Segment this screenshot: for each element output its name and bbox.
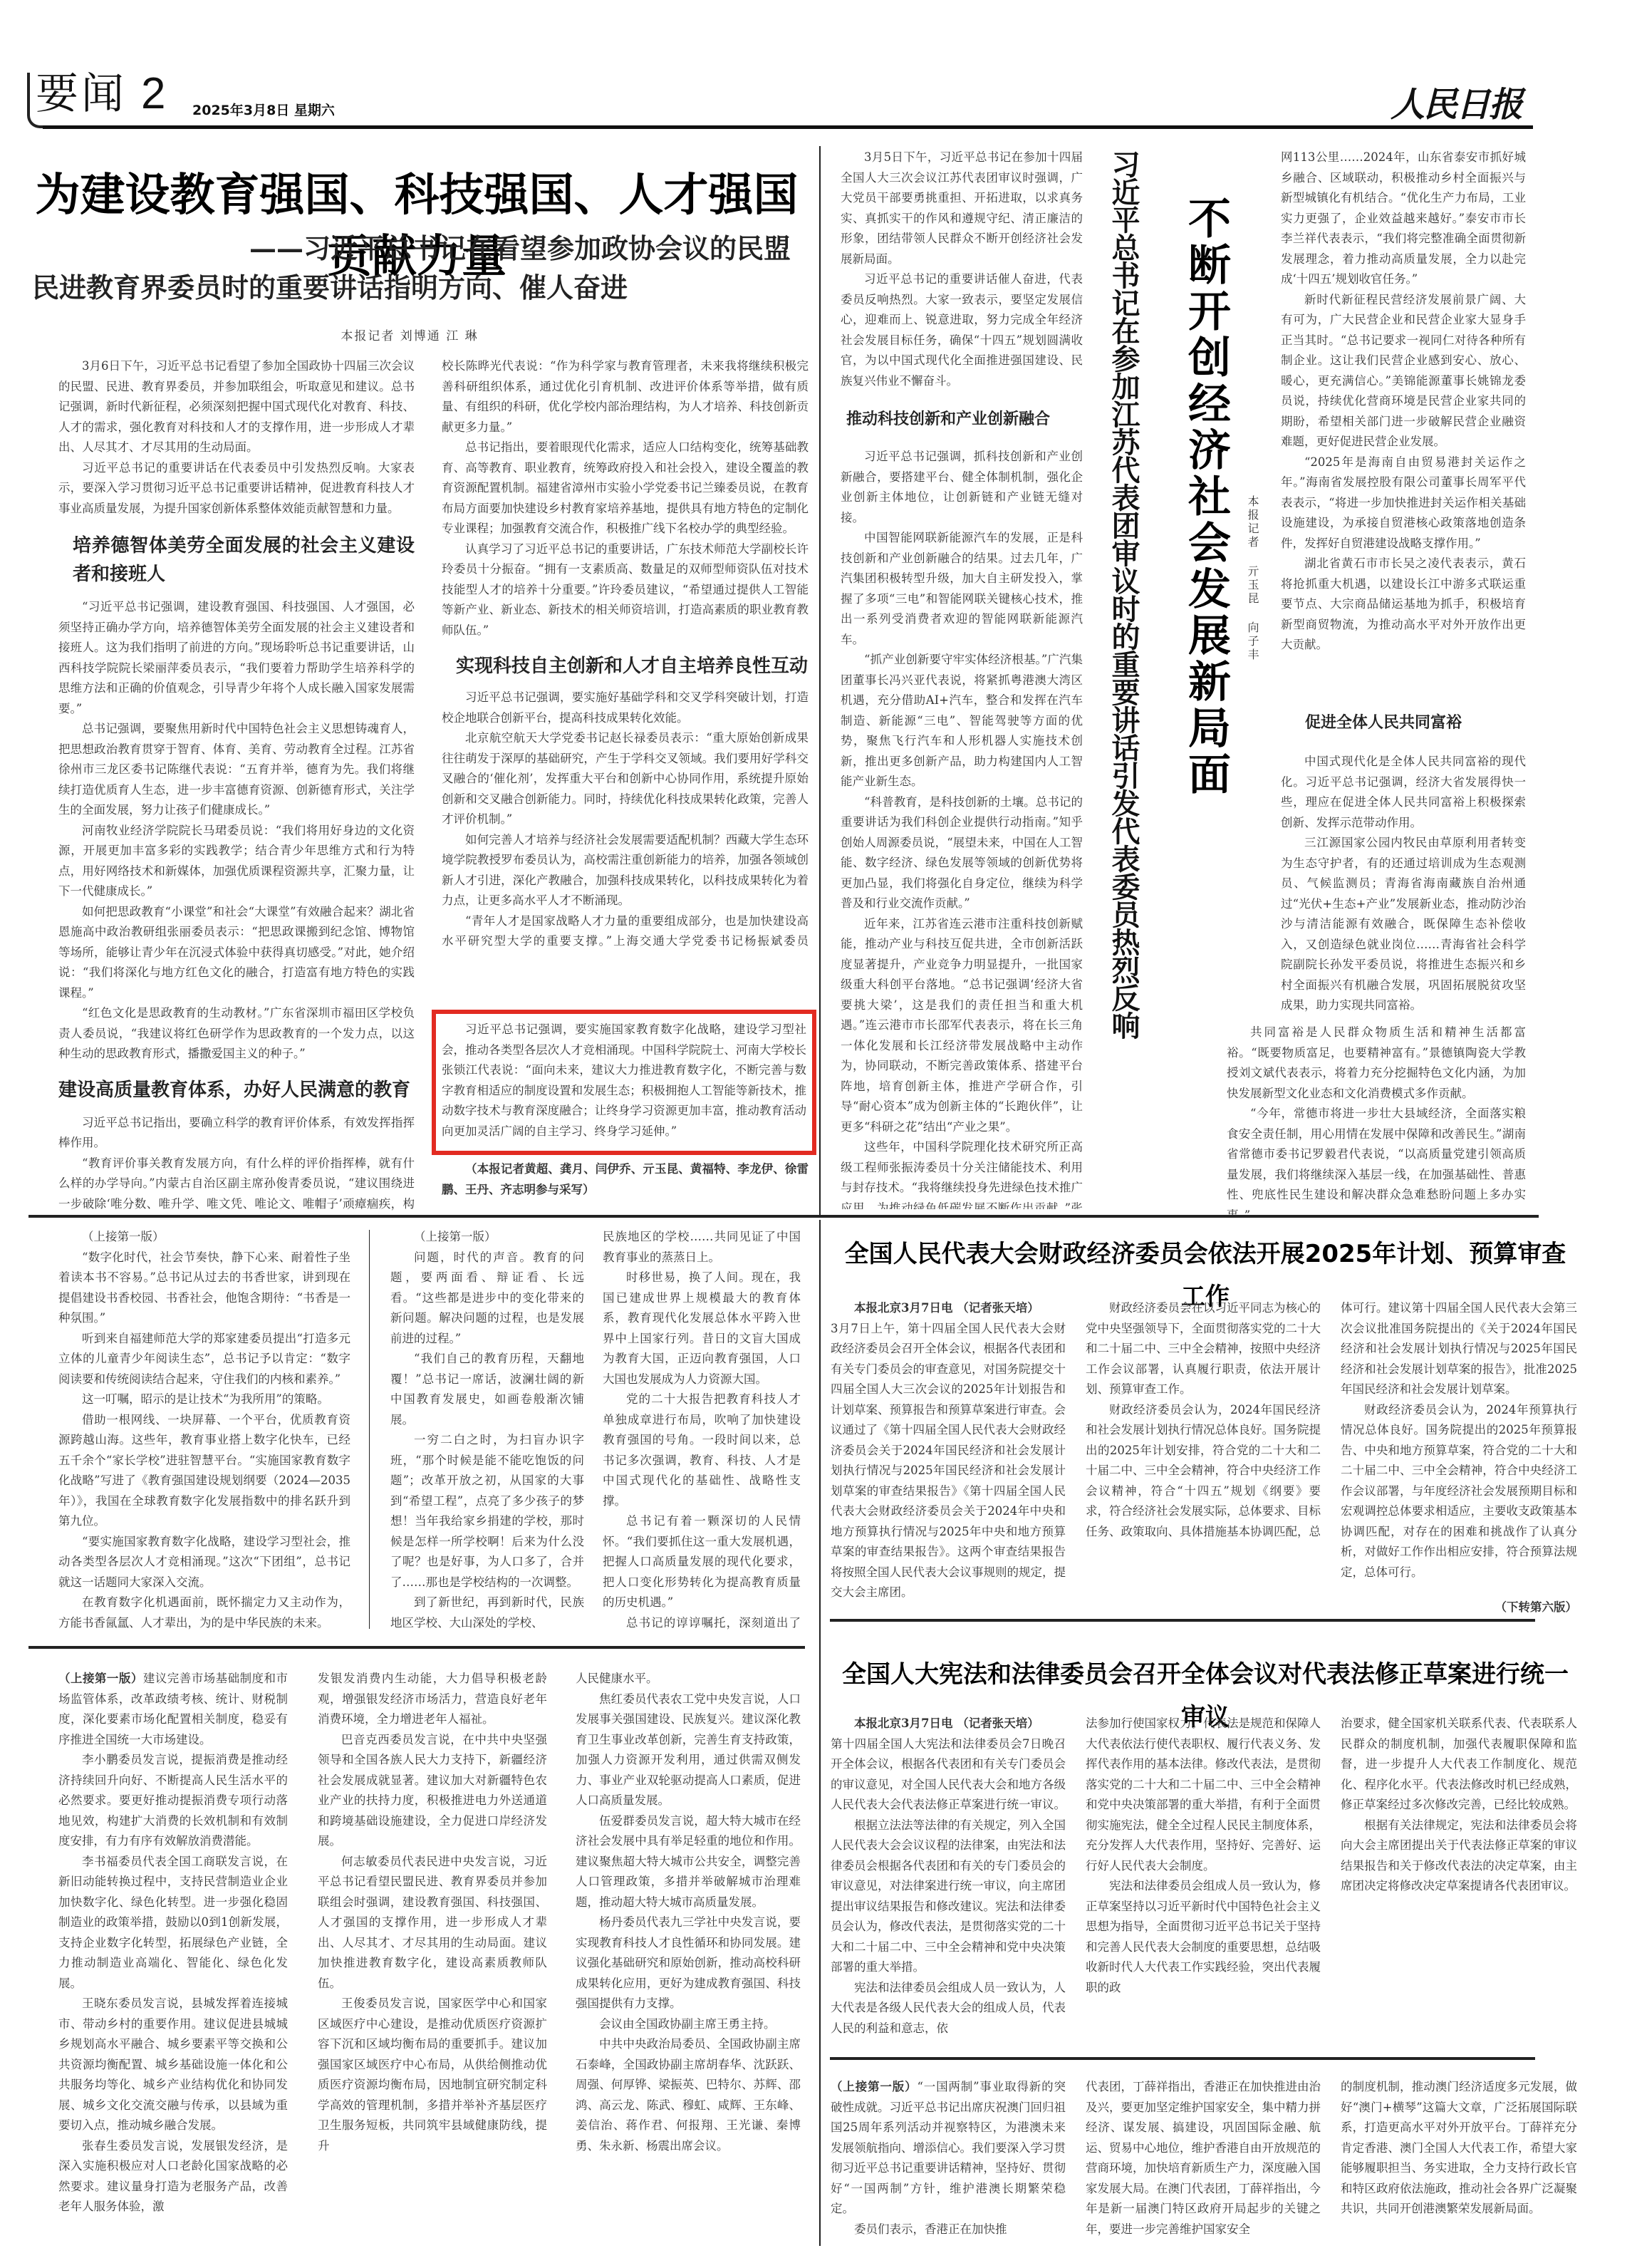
paragraph: 委员们表示，香港正在加快推 bbox=[831, 2220, 1066, 2240]
section-rule bbox=[830, 2057, 1535, 2060]
continued-from-label: （上接第一版） bbox=[58, 1672, 143, 1685]
cppcc-continued-article: （上接第一版）建议完善市场基础制度和市场监管体系，改革政绩考核、统计、财税制度，… bbox=[0, 1660, 819, 2244]
hk-macao-column-2: 代表团，丁薛祥指出，香港正在加快推进由治及兴，要更加坚定维护国家安全，集中精力拼… bbox=[1086, 2077, 1321, 2244]
feature-article-vertical-subtitle: 习近平总书记在参加江苏代表团审议时的重要讲话引发代表委员热烈反响 bbox=[1104, 150, 1143, 1090]
lead-article-column-2: 校长陈晔光代表说：“作为科学家与教育管理者，未来我将继续积极完善科研组织体系，通… bbox=[442, 356, 809, 948]
npc-law-column-1: 本报北京3月7日电 （记者张天培） 第十四届全国人大宪法和法律委员会7日晚召开全… bbox=[831, 1714, 1066, 2034]
feature-article: 3月5日下午，习近平总书记在参加十四届全国人大三次会议江苏代表团审议时强调，广大… bbox=[821, 139, 1632, 1215]
paragraph: （上接第一版）“一国两制”事业取得新的突破性成就。习近平总书记出席庆祝澳门回归祖… bbox=[831, 2077, 1066, 2220]
paragraph: 中共中央政治局委员、全国政协副主席石泰峰，全国政协副主席胡春华、沈跃跃、周强、何… bbox=[576, 2034, 801, 2156]
paragraph: 一穷二白之时，为扫盲办识字班，“那个时候是能不能吃饱饭的问题”；改革开放之初，从… bbox=[390, 1430, 584, 1593]
lead-article-subtitle-2: 民进教育界委员时的重要讲话指明方向、催人奋进 bbox=[32, 271, 787, 305]
paragraph: 认真学习了习近平总书记的重要讲话，广东技术师范大学副校长许玲委员十分振奋。“拥有… bbox=[442, 539, 809, 641]
paragraph: “习近平总书记强调，建设教育强国、科技强国、人才强国，必须坚持正确办学方向，培养… bbox=[58, 597, 415, 719]
paragraph: 王晓东委员发言说，县城发挥着连接城市、带动乡村的重要作用。建议促进县城城乡规划高… bbox=[58, 1994, 288, 2136]
paragraph: 问题，时代的声音。教育的问题，要两面看、辩证看、长远看。“这些都是进步中的变化带… bbox=[390, 1248, 584, 1350]
paragraph: 习近平总书记的重要讲话在代表委员中引发热烈反响。大家表示，要深入学习贯彻习近平总… bbox=[58, 458, 415, 519]
lead-article-subtitle-1: ——习近平总书记在看望参加政协会议的民盟 bbox=[64, 232, 791, 266]
section-heading: 建设高质量教育体系，办好人民满意的教育 bbox=[58, 1076, 415, 1104]
masthead: 要闻 2 2025年3月8日 星期六 人民日报 bbox=[27, 70, 1559, 130]
hk-macao-column-3: 的制度机制，推动澳门经济适度多元发展，做好“澳门+横琴”这篇大文章，广泛拓展国际… bbox=[1341, 2077, 1577, 2244]
paragraph: 如何把思政教育“小课堂”和社会“大课堂”有效融合起来？湖北省恩施高中政治教研组张… bbox=[58, 902, 415, 1004]
continued-column-3: 民族地区的学校……共同见证了中国教育事业的蒸蒸日上。 时移世易，换了人间。现在，… bbox=[603, 1227, 801, 1633]
paragraph: 习近平总书记的重要讲话催人奋进，代表委员反响热烈。大家一致表示，要坚定发展信心，… bbox=[841, 269, 1083, 391]
paragraph: 杨丹委员代表九三学社中央发言说，要实现教育科技人才良性循环和协同发展。建议强化基… bbox=[576, 1912, 801, 2014]
paragraph: 根据有关法律规定，宪法和法律委员会将向大会主席团提出关于代表法修正草案的审议结果… bbox=[1341, 1816, 1577, 1897]
paragraph: 治要求，健全国家机关联系代表、代表联系人民群众的制度机制，加强代表履职保障和监督… bbox=[1341, 1714, 1577, 1816]
continued-education-article: （上接第一版） “数字化时代，社会节奏快，静下心来、耐着性子坐着读本书不容易。”… bbox=[0, 1220, 819, 1640]
paper-logo: 人民日报 bbox=[1391, 77, 1522, 126]
paragraph: 新时代新征程民营经济发展前景广阔、大有可为，广大民营企业和民营企业家大显身手正当… bbox=[1281, 290, 1526, 452]
paragraph-text: “一国两制”事业取得新的突破性成就。习近平总书记出席庆祝澳门回归祖国25周年系列… bbox=[831, 2080, 1066, 2215]
paragraph: “科普教育，是科技创新的土壤。总书记的重要讲话为我们科创企业提供行动指南。”知乎… bbox=[841, 792, 1083, 914]
page-number: 2 bbox=[141, 70, 165, 118]
section-heading: 培养德智体美劳全面发展的社会主义建设者和接班人 bbox=[73, 532, 415, 589]
paragraph: 校长陈晔光代表说：“作为科学家与教育管理者，未来我将继续积极完善科研组织体系，通… bbox=[442, 356, 809, 437]
section-rule bbox=[830, 1619, 1535, 1622]
paragraph: “我们自己的教育历程，天翻地覆！”总书记一席话，波澜壮阔的新中国教育发展史，如画… bbox=[390, 1349, 584, 1430]
npc-finance-article: 全国人民代表大会财政经济委员会依法开展2025年计划、预算审查工作 本报北京3月… bbox=[821, 1220, 1632, 1640]
paragraph: 宪法和法律委员会组成人员一致认为，修正草案坚持以习近平新时代中国特色社会主义思想… bbox=[1086, 1876, 1321, 1998]
section-rule bbox=[28, 1215, 1539, 1218]
continued-from-label: （上接第一版） bbox=[58, 1227, 350, 1248]
cppcc-column-2: 发银发消费内生动能，大力倡导积极老龄观，增强银发经济市场活力，营造良好老年消费环… bbox=[318, 1669, 547, 2232]
feature-article-column-2: 网113公里……2024年，山东省泰安市抓好城乡融合、区域联动，积极推动乡村全面… bbox=[1281, 147, 1526, 703]
paragraph: 3月5日下午，习近平总书记在参加十四届全国人大三次会议江苏代表团审议时强调，广大… bbox=[841, 147, 1083, 269]
paragraph: 总书记指出，要着眼现代化需求，适应人口结构变化，统筹基础教育、高等教育、职业教育… bbox=[442, 437, 809, 539]
paragraph: 法参加行使国家权力。代表法是规范和保障人大代表依法行使代表职权、履行代表义务、发… bbox=[1086, 1714, 1321, 1876]
issue-date: 2025年3月8日 星期六 bbox=[192, 100, 335, 119]
section-heading: 实现科技自主创新和人才自主培养良性互动 bbox=[456, 652, 809, 680]
npc-law-column-3: 治要求，健全国家机关联系代表、代表联系人民群众的制度机制，加强代表履职保障和监督… bbox=[1341, 1714, 1577, 2034]
highlighted-paragraph: 习近平总书记强调，要实施国家教育数字化战略，建设学习型社会，推动各类型各层次人才… bbox=[442, 1020, 806, 1148]
paragraph: “数字化时代，社会节奏快，静下心来、耐着性子坐着读本书不容易。”总书记从过去的书… bbox=[58, 1248, 350, 1329]
paragraph: “抓产业创新要守牢实体经济根基。”广汽集团董事长冯兴亚代表说，将紧抓粤港澳大湾区… bbox=[841, 650, 1083, 792]
continued-from-label: （上接第一版） bbox=[831, 2080, 917, 2093]
paragraph: 巴音克西委员发言说，在中共中央坚强领导和全国各族人民大力支持下，新疆经济社会发展… bbox=[318, 1730, 547, 1852]
paragraph: 网113公里……2024年，山东省泰安市抓好城乡融合、区域联动，积极推动乡村全面… bbox=[1281, 147, 1526, 290]
paragraph: 发银发消费内生动能，大力倡导积极老龄观，增强银发经济市场活力，营造良好老年消费环… bbox=[318, 1669, 547, 1730]
column-divider bbox=[369, 1230, 370, 1629]
paragraph: 民族地区的学校……共同见证了中国教育事业的蒸蒸日上。 bbox=[603, 1227, 801, 1268]
feature-article-column-1: 3月5日下午，习近平总书记在参加十四届全国人大三次会议江苏代表团审议时强调，广大… bbox=[841, 147, 1083, 1209]
paragraph: “要实施国家教育数字化战略，建设学习型社会，推动各类型各层次人才竞相涌现。”这次… bbox=[58, 1532, 350, 1593]
masthead-rule bbox=[43, 125, 1533, 129]
feature-article-column-2b: 中国式现代化是全体人民共同富裕的现代化。习近平总书记强调，经济大省发展得快一些，… bbox=[1281, 752, 1526, 1022]
section-rule bbox=[28, 1646, 805, 1649]
paragraph: “青年人才是国家战略人才力量的重要组成部分，也是加快建设高水平研究型大学的重要支… bbox=[442, 911, 809, 948]
lead-article-byline: 本报记者 刘博通 江 琳 bbox=[0, 326, 819, 343]
paragraph: 中国智能网联新能源汽车的发展，正是科技创新和产业创新融合的结果。过去几年，广汽集… bbox=[841, 528, 1083, 650]
paragraph: 习近平总书记强调，抓科技创新和产业创新融合，要搭建平台、健全体制机制，强化企业创… bbox=[841, 447, 1083, 528]
feature-article-column-2c: 共同富裕是人民群众物质生活和精神生活都富裕。“既要物质富足，也要精神富有。”景德… bbox=[1227, 1022, 1526, 1215]
cppcc-column-1: （上接第一版）建议完善市场基础制度和市场监管体系，改革政绩考核、统计、财税制度，… bbox=[58, 1669, 288, 2232]
paragraph: 时移世易，换了人间。现在，我国已建成世界上规模最大的教育体系，教育现代化发展总体… bbox=[603, 1268, 801, 1389]
paragraph: “2025年是海南自由贸易港封关运作之年。”海南省发展控股有限公司董事长周军平代… bbox=[1281, 452, 1526, 554]
paragraph: 习近平总书记强调，要实施好基础学科和交叉学科突破计划，打造校企地联合创新平台，提… bbox=[442, 688, 809, 728]
paragraph: 张春生委员发言说，发展银发经济，是深入实施积极应对人口老龄化国家战略的必然要求。… bbox=[58, 2136, 288, 2217]
paragraph: 在教育数字化机遇面前，既怀揣定力又主动作为，方能书香氤氲、人才辈出，为的是中华民… bbox=[58, 1593, 350, 1633]
paragraph: 中国式现代化是全体人民共同富裕的现代化。习近平总书记强调，经济大省发展得快一些，… bbox=[1281, 752, 1526, 833]
feature-article-vertical-title: 不断开创经济社会发展新局面 bbox=[1181, 196, 1231, 1087]
section-heading: 推动科技创新和产业创新融合 bbox=[846, 405, 1083, 434]
paragraph: 共同富裕是人民群众物质生活和精神生活都富裕。“既要物质富足，也要精神富有。”景德… bbox=[1227, 1022, 1526, 1104]
npc-finance-column-2: 财政经济委员会在以习近平同志为核心的党中央坚强领导下，全面贯彻落实党的二十大和二… bbox=[1086, 1298, 1321, 1619]
paragraph: 李书福委员代表全国工商联发言说，在新旧动能转换过程中，支持民营制造业企业加快数字… bbox=[58, 1852, 288, 1994]
paragraph: 财政经济委员会认为，2024年预算执行情况总体良好。国务院提出的2025年预算报… bbox=[1341, 1400, 1577, 1583]
paragraph: 代表团，丁薛祥指出，香港正在加快推进由治及兴，要更加坚定维护国家安全，集中精力拼… bbox=[1086, 2077, 1321, 2239]
paragraph: 习近平总书记指出，要确立科学的教育评价体系，有效发挥指挥棒作用。 bbox=[58, 1113, 415, 1154]
paragraph: 第十四届全国人大宪法和法律委员会7日晚召开全体会议，根据各代表团和有关专门委员会… bbox=[831, 1734, 1066, 1816]
paragraph: 伍爱群委员发言说，超大特大城市在经济社会发展中具有举足轻重的地位和作用。建议聚焦… bbox=[576, 1811, 801, 1913]
npc-finance-column-3: 体可行。建议第十四届全国人民代表大会第三次会议批准国务院提出的《关于2024年国… bbox=[1341, 1298, 1577, 1598]
paragraph: 3月6日下午，习近平总书记看望了参加全国政协十四届三次会议的民盟、民进、教育界委… bbox=[58, 356, 415, 458]
feature-article-vertical-byline: 本报记者 亓玉昆 向子丰 bbox=[1244, 495, 1261, 723]
paragraph: 焦红委员代表农工党中央发言说，人口发展事关强国建设、民族复兴。建议深化教育卫生事… bbox=[576, 1689, 801, 1811]
dateline: 本报北京3月7日电 （记者张天培） bbox=[831, 1298, 1066, 1319]
paragraph: 三江源国家公园内牧民由草原利用者转变为生态守护者，有的还通过培训成为生态观测员、… bbox=[1281, 833, 1526, 1016]
paragraph: 人民健康水平。 bbox=[576, 1669, 801, 1689]
continued-column-2: （上接第一版） 问题，时代的声音。教育的问题，要两面看、辩证看、长远看。“这些都… bbox=[390, 1227, 584, 1633]
paragraph: 李小鹏委员发言说，提振消费是推动经济持续回升向好、不断提高人民生活水平的必然要求… bbox=[58, 1750, 288, 1852]
lead-article-title: 为建设教育强国、科技强国、人才强国贡献力量 bbox=[28, 165, 805, 287]
paragraph: 总书记有着一颗深切的人民情怀。“我们要抓住这一重大发展机遇，把握人口高质量发展的… bbox=[603, 1511, 801, 1613]
npc-finance-column-1: 本报北京3月7日电 （记者张天培） 3月7日上午，第十四届全国人民代表大会财政经… bbox=[831, 1298, 1066, 1619]
paragraph: 财政经济委员会在以习近平同志为核心的党中央坚强领导下，全面贯彻落实党的二十大和二… bbox=[1086, 1298, 1321, 1400]
paragraph: 何志敏委员代表民进中央发言说，习近平总书记看望民盟民进、教育界委员并参加联组会时… bbox=[318, 1852, 547, 1994]
paragraph: 湖北省黄石市市长吴之凌代表表示，黄石将抢抓重大机遇，以建设长江中游多式联运重要节… bbox=[1281, 554, 1526, 656]
paragraph: 习近平总书记强调，要实施国家教育数字化战略，建设学习型社会，推动各类型各层次人才… bbox=[442, 1020, 806, 1141]
paragraph: 如何完善人才培养与经济社会发展需要适配机制？西藏大学生态环境学院教授罗布委员认为… bbox=[442, 830, 809, 911]
paragraph: 借助一根网线、一块屏幕、一个平台，优质教育资源跨越山海。这些年，教育事业搭上数字… bbox=[58, 1410, 350, 1532]
section-name: 要闻 bbox=[36, 70, 127, 118]
continued-on-note: （下转第六版） bbox=[1341, 1598, 1577, 1618]
cppcc-column-3: 人民健康水平。 焦红委员代表农工党中央发言说，人口发展事关强国建设、民族复兴。建… bbox=[576, 1669, 801, 2232]
paragraph: 这些年，中国科学院理化技术研究所正高级工程师张振涛委员十分关注储能技术、利用与封… bbox=[841, 1137, 1083, 1209]
paragraph: 总书记的谆谆嘱托，深刻道出了新时代新征程上人民群众对教育的美好期盼。 bbox=[603, 1613, 801, 1634]
continued-column-1: （上接第一版） “数字化时代，社会节奏快，静下心来、耐着性子坐着读本书不容易。”… bbox=[58, 1227, 350, 1633]
npc-law-column-2: 法参加行使国家权力。代表法是规范和保障人大代表依法行使代表职权、履行代表义务、发… bbox=[1086, 1714, 1321, 2034]
paragraph: “教育评价事关教育发展方向，有什么样的评价指挥棒，就有什么样的办学导向。”内蒙古… bbox=[58, 1154, 415, 1212]
paragraph: 总书记强调，要聚焦用新时代中国特色社会主义思想铸魂育人，把思想政治教育贯穿于智育… bbox=[58, 719, 415, 821]
paragraph: （上接第一版）建议完善市场基础制度和市场监管体系，改革政绩考核、统计、财税制度，… bbox=[58, 1669, 288, 1750]
paragraph: “红色文化是思政教育的生动教材。”广东省深圳市福田区学校负责人委员说，“我建议将… bbox=[58, 1003, 415, 1065]
paragraph: 体可行。建议第十四届全国人民代表大会第三次会议批准国务院提出的《关于2024年国… bbox=[1341, 1298, 1577, 1400]
paragraph: 北京航空航天大学党委书记赵长禄委员表示：“重大原始创新成果往往萌发于深厚的基础研… bbox=[442, 728, 809, 830]
paragraph: 听到来自福建师范大学的郑家建委员提出“打造多元立体的儿童青少年阅读生态”，总书记… bbox=[58, 1329, 350, 1390]
contributors-note: （本报记者黄超、龚月、闫伊乔、亓玉昆、黄福特、李龙伊、徐雷鹏、王丹、齐志明参与采… bbox=[442, 1159, 809, 1200]
hk-macao-continued-article: （上接第一版）“一国两制”事业取得新的突破性成就。习近平总书记出席庆祝澳门回归祖… bbox=[821, 2063, 1632, 2248]
paragraph: 王俊委员发言说，国家医学中心和国家区域医疗中心建设，是推动优质医疗资源扩容下沉和… bbox=[318, 1994, 547, 2156]
paragraph: 近年来，江苏省连云港市注重科技创新赋能，推动产业与科技互促共进，全市创新活跃度显… bbox=[841, 914, 1083, 1138]
paragraph: 这一叮嘱，昭示的是让技术“为我所用”的策略。 bbox=[58, 1389, 350, 1410]
paragraph: “今年，常德市将进一步壮大县域经济，全面落实粮食安全责任制，用心用情在发展中保障… bbox=[1227, 1104, 1526, 1215]
section-heading: 促进全体人民共同富裕 bbox=[1305, 709, 1526, 737]
lead-article: 为建设教育强国、科技强国、人才强国贡献力量 ——习近平总书记在看望参加政协会议的… bbox=[0, 139, 819, 1215]
paragraph: 3月7日上午，第十四届全国人民代表大会财政经济委员会召开全体会议，根据各代表团和… bbox=[831, 1319, 1066, 1603]
paragraph: 宪法和法律委员会组成人员一致认为，人大代表是各级人民代表大会的组成人员，代表人民… bbox=[831, 1978, 1066, 2035]
hk-macao-column-1: （上接第一版）“一国两制”事业取得新的突破性成就。习近平总书记出席庆祝澳门回归祖… bbox=[831, 2077, 1066, 2244]
lead-article-column-1: 3月6日下午，习近平总书记看望了参加全国政协十四届三次会议的民盟、民进、教育界委… bbox=[58, 356, 415, 1211]
dateline: 本报北京3月7日电 （记者张天培） bbox=[831, 1714, 1066, 1734]
paragraph: 党的二十大报告把教育科技人才单独成章进行布局，吹响了加快建设教育强国的号角。一段… bbox=[603, 1389, 801, 1511]
continued-from-label: （上接第一版） bbox=[390, 1227, 584, 1248]
paragraph: 会议由全国政协副主席王勇主持。 bbox=[576, 2014, 801, 2035]
npc-law-article: 全国人大宪法和法律委员会召开全体会议对代表法修正草案进行统一审议 本报北京3月7… bbox=[821, 1625, 1632, 2045]
paragraph: 到了新世纪，再到新时代，民族地区学校、大山深处的学校、 bbox=[390, 1593, 584, 1633]
paragraph: 财政经济委员会认为，2024年国民经济和社会发展计划执行情况总体良好。国务院提出… bbox=[1086, 1400, 1321, 1543]
paragraph: 根据立法法等法律的有关规定，列入全国人民代表大会会议议程的法律案，由宪法和法律委… bbox=[831, 1816, 1066, 1978]
paragraph: 的制度机制，推动澳门经济适度多元发展，做好“澳门+横琴”这篇大文章，广泛拓展国际… bbox=[1341, 2077, 1577, 2220]
lead-article-contributors: （本报记者黄超、龚月、闫伊乔、亓玉昆、黄福特、李龙伊、徐雷鹏、王丹、齐志明参与采… bbox=[442, 1159, 809, 1202]
paragraph: 河南牧业经济学院院长马珺委员说：“我们将用好身边的文化资源，开展更加丰富多彩的实… bbox=[58, 821, 415, 902]
